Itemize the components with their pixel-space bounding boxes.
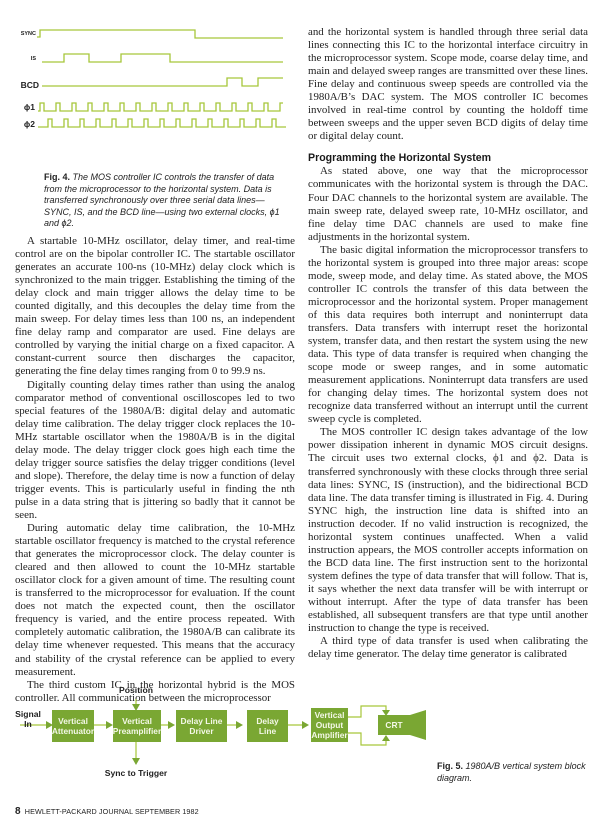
figure-5-block-diagram: Signal In Position Sync to Trigger Verti… xyxy=(0,680,440,795)
paragraph: As stated above, one way that the microp… xyxy=(308,165,588,243)
timing-waveforms xyxy=(0,0,300,140)
paragraph-continuation: and the horizontal system is handled thr… xyxy=(308,26,588,143)
publication-name: HEWLETT-PACKARD JOURNAL SEPTEMBER 1982 xyxy=(25,807,199,816)
figure-4-label: Fig. 4. xyxy=(44,172,70,182)
block-delay-line: Delay Line xyxy=(247,710,288,742)
phi1-waveform xyxy=(38,103,283,111)
page-footer: 8 HEWLETT-PACKARD JOURNAL SEPTEMBER 1982 xyxy=(15,806,199,817)
right-column: and the horizontal system is handled thr… xyxy=(308,26,588,661)
paragraph: A third type of data transfer is used wh… xyxy=(308,635,588,661)
arrow-icon xyxy=(236,721,243,729)
figure-4-caption: Fig. 4. The MOS controller IC controls t… xyxy=(44,172,292,230)
paragraph: A startable 10-MHz oscillator, delay tim… xyxy=(15,235,295,379)
figure-5-caption: Fig. 5. 1980A/B vertical system block di… xyxy=(437,761,587,784)
paragraph: Digitally counting delay times rather th… xyxy=(15,379,295,523)
arrow-icon xyxy=(382,735,390,741)
left-column: A startable 10-MHz oscillator, delay tim… xyxy=(15,235,295,705)
page-number: 8 xyxy=(15,806,21,817)
signal-in-label: Signal In xyxy=(13,709,43,729)
arrow-icon xyxy=(302,721,309,729)
block-delay-line-driver: Delay Line Driver xyxy=(176,710,227,742)
block-vertical-attenuator: Vertical Attenuator xyxy=(52,710,94,742)
paragraph: The basic digital information the microp… xyxy=(308,244,588,427)
figure-4-caption-text: The MOS controller IC controls the trans… xyxy=(44,172,280,228)
phi2-waveform xyxy=(38,119,286,127)
block-vertical-preamplifier: Vertical Preamplifier xyxy=(113,710,161,742)
sync-to-trigger-label: Sync to Trigger xyxy=(96,768,176,778)
figure-5-label: Fig. 5. xyxy=(437,761,463,771)
arrow-icon xyxy=(168,721,175,729)
sync-waveform xyxy=(37,30,283,38)
paragraph: The MOS controller IC design takes advan… xyxy=(308,426,588,635)
section-heading: Programming the Horizontal System xyxy=(308,152,588,165)
bcd-waveform xyxy=(42,78,283,86)
position-label: Position xyxy=(106,685,166,695)
block-vertical-output-amplifier: Vertical Output Amplifier xyxy=(311,708,348,742)
figure-4-timing-diagram: SYNC IS BCD ϕ1 ϕ2 xyxy=(0,0,300,140)
paragraph: During automatic delay time calibration,… xyxy=(15,522,295,679)
arrow-icon xyxy=(132,758,140,765)
is-waveform xyxy=(42,54,283,62)
block-crt: CRT xyxy=(377,715,411,735)
